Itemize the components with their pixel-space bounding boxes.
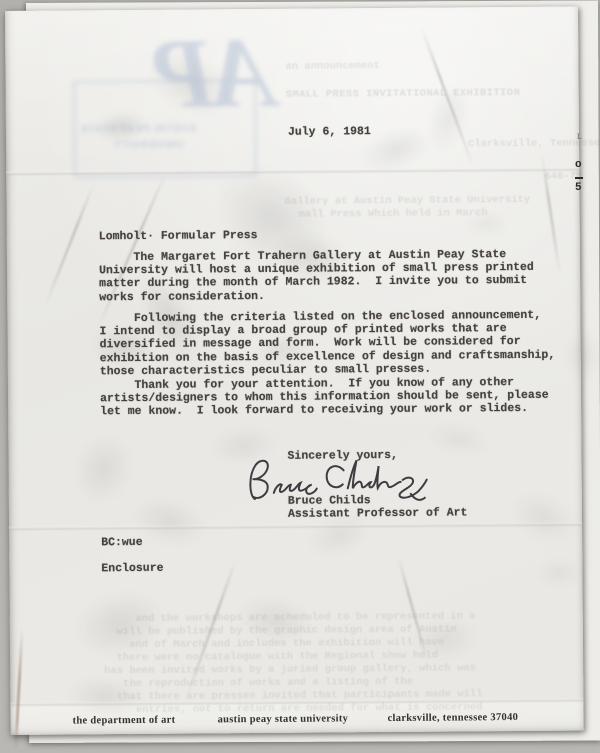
letter-paper: AP AUSTIN PEAY STATE UNIVERSITY an annou… — [5, 6, 584, 734]
reference-initials: BC:wue — [101, 536, 143, 550]
edge-mark-bar — [575, 177, 583, 179]
signer-title: Assistant Professor of Art — [288, 506, 468, 521]
ghost-text-line: SMALL PRESS INVITATIONAL EXHIBITION — [286, 87, 521, 102]
footer-address: clarksville, tennessee 37040 — [388, 712, 519, 724]
ghost-text-line: an announcement — [285, 60, 380, 74]
photo-background: L o 5 AP AUSTIN PEAY STATE UNIVERSITY an… — [0, 0, 600, 753]
ghost-text-line: mall Press Which held in March — [299, 207, 488, 221]
ghost-text-block: and the workshops are scheduled to be re… — [104, 610, 483, 717]
edge-mark-lower: 5 — [575, 182, 582, 194]
logo-text-line2: UNIVERSITY — [113, 140, 183, 152]
bleedthrough-university-logo: AP AUSTIN PEAY STATE UNIVERSITY — [40, 27, 293, 179]
letter-paragraph-1: The Margaret Fort Trahern Gallery at Aus… — [99, 248, 534, 304]
logo-text-line1: AUSTIN PEAY STATE — [80, 123, 197, 135]
edge-mark-top: L — [577, 132, 582, 141]
edge-mark-upper: o — [575, 159, 582, 171]
letter-recipient: Lomholt· Formular Press — [99, 229, 258, 243]
footer-department: the department of art — [73, 715, 176, 727]
crease-streak — [45, 184, 95, 306]
letter-date: July 6, 1981 — [288, 125, 371, 139]
ghost-text-line: Gallery at Austin Peay State University — [284, 194, 530, 209]
letter-paragraph-3: Thank you for your attention. If you kno… — [100, 376, 549, 419]
fold-crease-icon — [9, 522, 582, 530]
paper-smudge — [557, 315, 600, 395]
enclosure-note: Enclosure — [101, 562, 163, 576]
letter-paragraph-2: Following the criteria listed on the enc… — [99, 309, 555, 379]
signer-name: Bruce Childs — [288, 494, 371, 508]
footer-university: austin peay state university — [218, 713, 349, 725]
